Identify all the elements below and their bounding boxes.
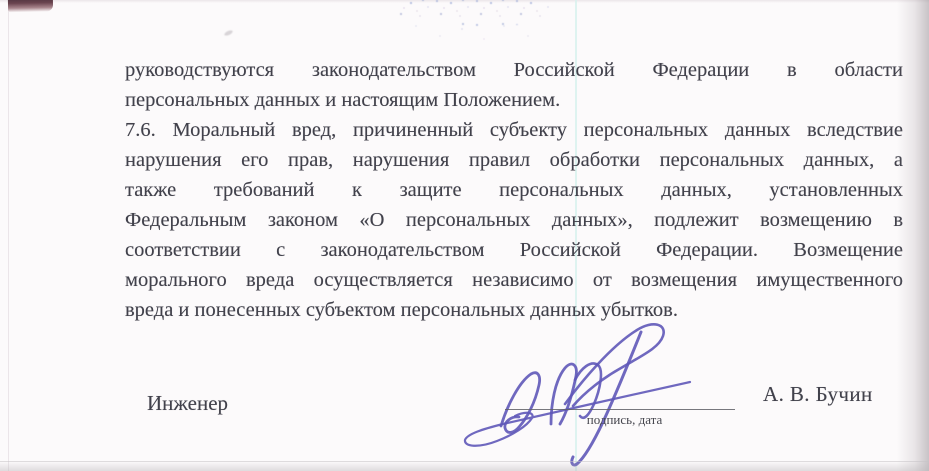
- handwritten-signature-ink: [405, 318, 705, 470]
- document-line: нарушения его прав, нарушения правил обр…: [125, 145, 903, 175]
- scan-corner-artifact: [8, 0, 53, 12]
- document-line: также требований к защите персональных д…: [125, 175, 903, 205]
- paper-right-edge-shadow: [897, 0, 929, 471]
- signer-name: А. В. Бучин: [763, 382, 873, 407]
- document-line: Федеральным законом «О персональных данн…: [125, 205, 903, 235]
- paper-left-edge-line: [8, 0, 9, 471]
- document-text-block: руководствуются законодательством Россий…: [125, 55, 903, 325]
- document-line: морального вреда осуществляется независи…: [125, 265, 903, 295]
- ink-bleedthrough-artifact-sparse: [410, 20, 540, 46]
- signature-caption: подпись, дата: [557, 412, 692, 428]
- signer-role-label: Инженер: [147, 391, 228, 416]
- scanned-document-page: руководствуются законодательством Россий…: [0, 0, 929, 471]
- document-line: 7.6. Моральный вред, причиненный субъект…: [125, 115, 903, 145]
- document-line: персональных данных и настоящим Положени…: [125, 85, 903, 115]
- paper-speck: [224, 29, 234, 36]
- paper-bottom-edge-shadow: [0, 461, 929, 471]
- document-line: соответствии с законодательством Российс…: [125, 235, 903, 265]
- signature-underline: [505, 409, 735, 410]
- document-line: руководствуются законодательством Россий…: [125, 55, 903, 85]
